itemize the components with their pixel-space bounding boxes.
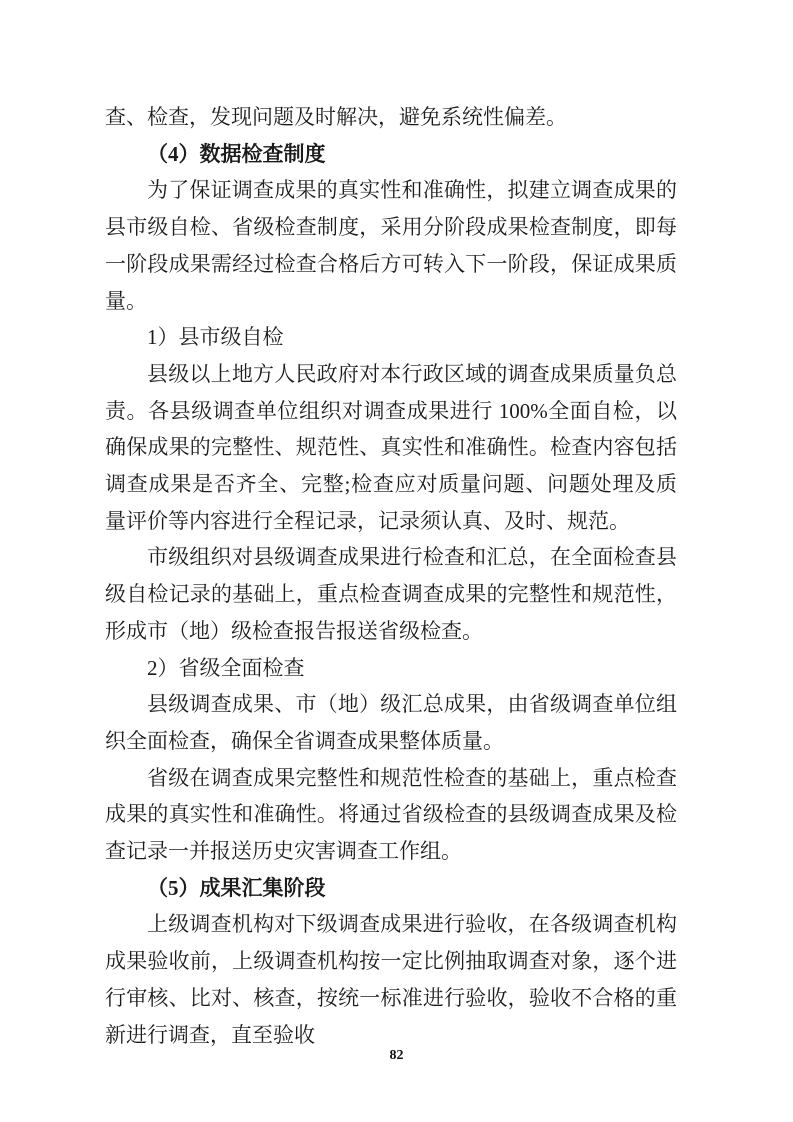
paragraph: 县级以上地方人民政府对本行政区域的调查成果质量负总责。各县级调查单位组织对调查成…	[105, 356, 677, 540]
document-page: 查、检查，发现问题及时解决，避免系统性偏差。 （4）数据检查制度 为了保证调查成…	[0, 0, 793, 1122]
section-heading-5: （5）成果汇集阶段	[105, 870, 677, 907]
document-content: 查、检查，发现问题及时解决，避免系统性偏差。 （4）数据检查制度 为了保证调查成…	[105, 99, 677, 1053]
page-footer: 82	[0, 1046, 793, 1064]
page-number: 82	[390, 1048, 404, 1063]
paragraph-continuation: 查、检查，发现问题及时解决，避免系统性偏差。	[105, 99, 677, 136]
numbered-subheading-1: 1）县市级自检	[105, 319, 677, 356]
section-heading-4: （4）数据检查制度	[105, 136, 677, 173]
paragraph: 为了保证调查成果的真实性和准确性，拟建立调查成果的县市级自检、省级检查制度，采用…	[105, 172, 677, 319]
paragraph: 市级组织对县级调查成果进行检查和汇总，在全面检查县级自检记录的基础上，重点检查调…	[105, 539, 677, 649]
numbered-subheading-2: 2）省级全面检查	[105, 650, 677, 687]
paragraph: 县级调查成果、市（地）级汇总成果，由省级调查单位组织全面检查，确保全省调查成果整…	[105, 686, 677, 759]
paragraph: 省级在调查成果完整性和规范性检查的基础上，重点检查成果的真实性和准确性。将通过省…	[105, 760, 677, 870]
paragraph: 上级调查机构对下级调查成果进行验收，在各级调查机构成果验收前，上级调查机构按一定…	[105, 906, 677, 1053]
